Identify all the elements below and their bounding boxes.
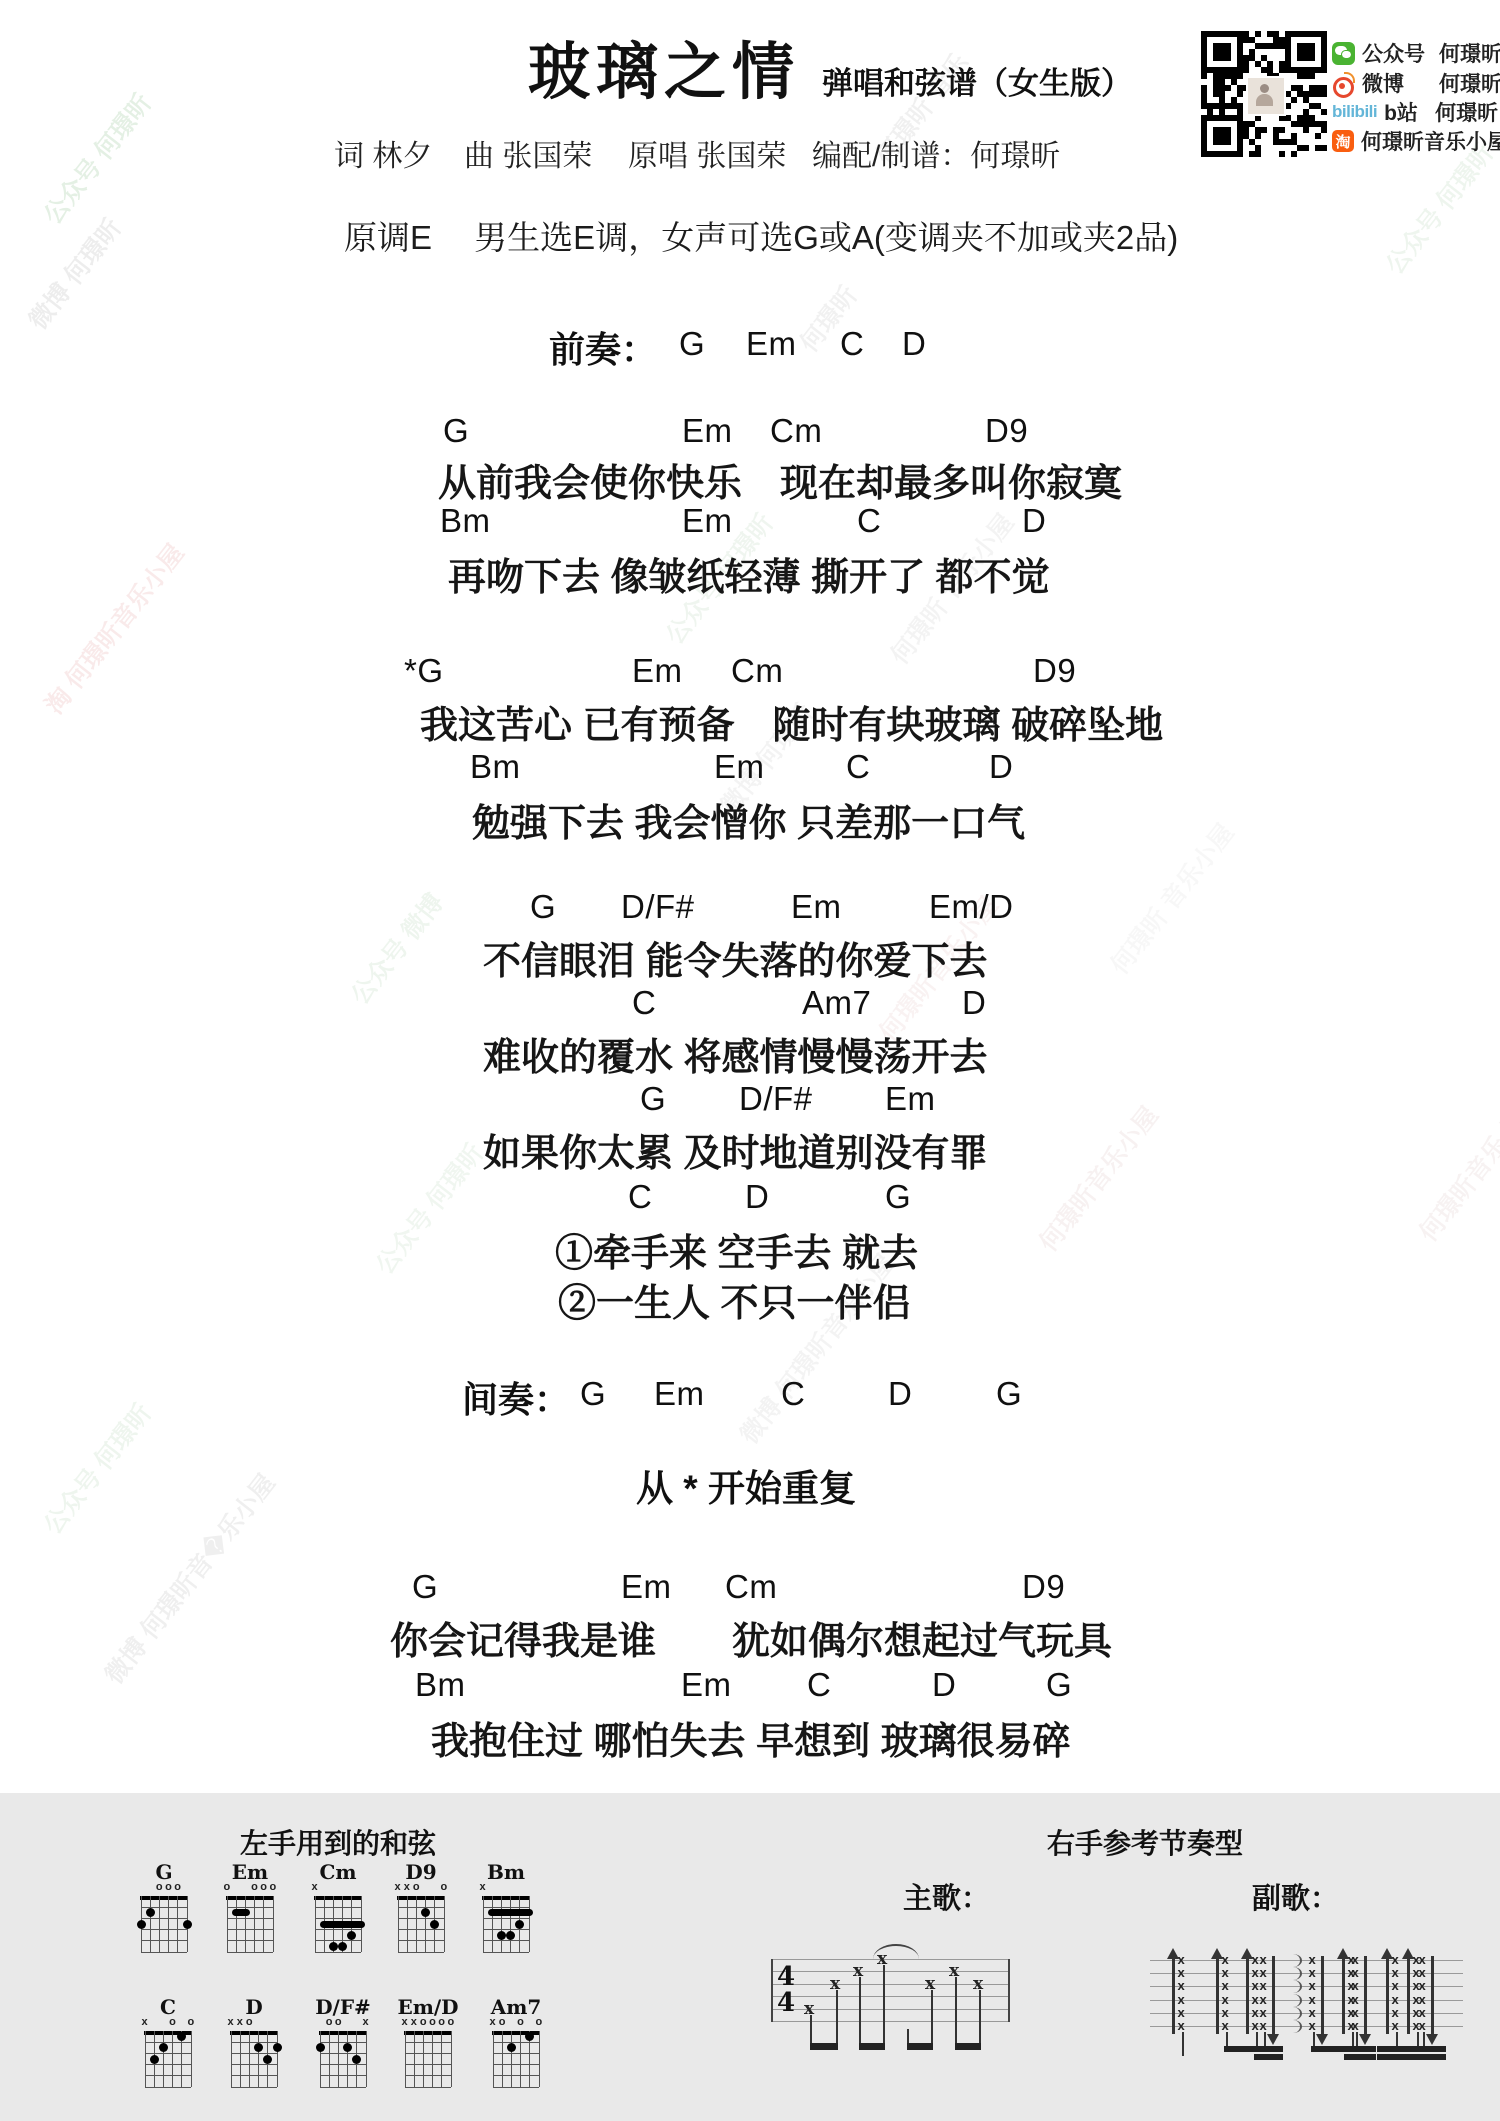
fret-line <box>141 1940 187 1941</box>
chord-symbol: C <box>840 325 864 363</box>
social-row-weibo: 微博 何璟昕 <box>1332 70 1500 96</box>
chord-symbol: Em <box>682 502 733 540</box>
nut <box>319 2031 367 2035</box>
note-stem <box>883 1965 885 2049</box>
section-label: 前奏： <box>549 322 657 373</box>
open-string-marker: o <box>448 2017 455 2027</box>
chord-diagram-name: D <box>214 1995 294 2019</box>
credit-composer: 曲 张国荣 <box>464 131 592 175</box>
down-strum-arrow <box>1364 1956 1367 2034</box>
chord-diagram-name: D/F# <box>303 1995 383 2019</box>
fret-line <box>398 1952 444 1953</box>
chord-symbol: D <box>745 1178 769 1216</box>
fret-line <box>493 2075 539 2076</box>
tie-arc <box>1293 1994 1302 2007</box>
open-string-marker: o <box>224 1882 231 1892</box>
string-line <box>338 2031 339 2087</box>
chord-diagram <box>141 1896 187 1952</box>
string-line <box>444 1896 445 1952</box>
chord-symbol: D9 <box>985 412 1028 450</box>
chord-diagram-name: Am7 <box>476 1995 556 2019</box>
chord-symbol: Am7 <box>802 984 871 1022</box>
wechat-icon <box>1332 42 1355 65</box>
nut <box>230 2031 278 2035</box>
chord-symbol: G <box>1046 1666 1072 1704</box>
chord-symbol: G <box>679 325 705 363</box>
chord-diagram <box>483 1896 529 1952</box>
nut <box>140 1896 188 1900</box>
fret-line <box>320 2087 366 2088</box>
muted-string-marker: x <box>228 2017 234 2027</box>
lyric-line: 从前我会使你快乐 现在却最多叫你寂寞 <box>438 452 1122 507</box>
open-string-marker: o <box>441 1882 448 1892</box>
strum-stem <box>1182 2032 1184 2056</box>
watermark-text: 何璟昕音乐小屋 <box>1029 1098 1165 1258</box>
tie-arc <box>873 1944 919 1959</box>
finger-dot <box>183 1920 192 1929</box>
muted-string-marker: x <box>142 2017 148 2027</box>
fret-line <box>405 2064 451 2065</box>
arrowhead-down <box>1359 2034 1371 2045</box>
lyric-line: 你会记得我是谁 犹如偶尔想起过气玩具 <box>390 1610 1112 1665</box>
fret-line <box>145 2042 191 2043</box>
up-strum-arrow <box>1407 1956 1410 2034</box>
open-string-marker: o <box>335 2017 342 2027</box>
string-line <box>277 2031 278 2087</box>
staff-line <box>771 1959 1008 1960</box>
open-string-marker: o <box>169 2017 176 2027</box>
chord-diagram-name: Cm <box>298 1860 378 1884</box>
string-line <box>172 2031 173 2087</box>
beam <box>1224 2046 1283 2052</box>
watermark-text: 公众号 微博 <box>341 885 451 1011</box>
fret-line <box>398 1929 444 1930</box>
chord-diagram <box>227 1896 273 1952</box>
fret-line <box>227 1952 273 1953</box>
chord-symbol: Cm <box>731 652 783 690</box>
chord-diagram <box>231 2031 277 2087</box>
lyric-line: 我抱住过 哪怕失去 早想到 玻璃很易碎 <box>431 1710 1071 1765</box>
finger-dot <box>343 2043 352 2052</box>
chord-symbol: G <box>640 1080 666 1118</box>
fret-line <box>320 2053 366 2054</box>
note-stem <box>979 1990 981 2049</box>
watermark-text: 公众号 何璟昕 <box>34 1395 159 1541</box>
open-string-marker: o <box>188 2017 195 2027</box>
muted-string-marker: x <box>402 2017 408 2027</box>
fret-line <box>493 2053 539 2054</box>
lyric-line: 如果你太累 及时地道别没有罪 <box>483 1122 988 1177</box>
beam <box>1377 2054 1446 2060</box>
open-string-marker: o <box>165 1882 172 1892</box>
chord-symbol: G <box>530 888 556 926</box>
fret-line <box>405 2087 451 2088</box>
social-platform: b站 <box>1384 97 1428 127</box>
chord-symbol: G <box>412 1568 438 1606</box>
note-stem <box>859 1977 861 2049</box>
note-stem <box>836 1990 838 2049</box>
watermark-text: 何璟昕音乐小屋 <box>1409 1088 1500 1248</box>
chord-diagram <box>145 2031 191 2087</box>
open-string-marker: o <box>413 1882 420 1892</box>
up-strum-arrow <box>1342 1956 1345 2034</box>
chord-symbol: Em <box>654 1375 705 1413</box>
chord-symbol: D <box>888 1375 912 1413</box>
chord-symbol: D <box>1022 502 1046 540</box>
time-signature-top: 4 <box>777 1964 795 1990</box>
social-account: 何璟昕 <box>1435 97 1498 127</box>
fret-line <box>483 1918 529 1919</box>
watermark-text: 淘 何璟昕音乐小屋 <box>36 535 192 720</box>
string-line <box>177 1896 178 1952</box>
finger-dot <box>497 1931 506 1940</box>
taobao-icon: 淘 <box>1332 130 1354 152</box>
fret-line <box>227 1929 273 1930</box>
lyric-line: ②一生人 不只一伴侣 <box>558 1272 911 1327</box>
lyric-line: ①牵手来 空手去 就去 <box>555 1222 918 1277</box>
chord-symbol: D <box>989 748 1013 786</box>
qr-avatar <box>1246 76 1286 116</box>
string-line <box>510 1896 511 1952</box>
chord-symbol: Em <box>682 412 733 450</box>
credit-arranger: 编配/制谱：何璟昕 <box>812 131 1060 175</box>
muted-string-marker: x <box>411 2017 417 2027</box>
chord-symbol: G <box>885 1178 911 1216</box>
social-row-taobao: 淘 何璟昕音乐小屋 <box>1332 128 1500 154</box>
fret-line <box>315 1918 361 1919</box>
string-line <box>231 2031 232 2087</box>
finger-dot <box>273 2043 282 2052</box>
open-string-marker: o <box>429 2017 436 2027</box>
string-line <box>511 2031 512 2087</box>
muted-string-marker: x <box>480 1882 486 1892</box>
chord-symbol: C <box>857 502 881 540</box>
chord-symbol: Em <box>714 748 765 786</box>
watermark-text: 公众号 何璟昕 <box>1376 135 1500 281</box>
chord-symbol: Em <box>681 1666 732 1704</box>
strum-x-mark: x <box>1419 2018 1426 2033</box>
page-title: 玻璃之情 <box>528 22 800 111</box>
string-line <box>145 2031 146 2087</box>
watermark-text: 何璟昕 音乐小屋 <box>1101 815 1241 981</box>
watermark-text: 公众号 何璟昕 <box>34 85 159 231</box>
finger-dot <box>329 1942 338 1951</box>
string-line <box>159 1896 160 1952</box>
string-line <box>398 1896 399 1952</box>
arrowhead-down <box>1426 2034 1438 2045</box>
finger-dot <box>347 1931 356 1940</box>
open-string-marker: o <box>536 2017 543 2027</box>
watermark-text: 公众号 何璟昕 <box>366 1135 491 1281</box>
chord-symbol: Cm <box>770 412 822 450</box>
open-string-marker: o <box>251 1882 258 1892</box>
chord-symbol: G <box>580 1375 606 1413</box>
fret-line <box>493 2064 539 2065</box>
beam <box>1344 2054 1376 2060</box>
tie-arc <box>1293 1980 1302 1993</box>
chord-diagram <box>315 1896 361 1952</box>
finger-dot <box>506 1931 515 1940</box>
tie-arc <box>1293 1967 1302 1980</box>
finger-dot <box>254 2043 263 2052</box>
beam <box>955 2043 981 2050</box>
chord-symbol: Em <box>791 888 842 926</box>
string-line <box>441 2031 442 2087</box>
social-account: 何璟昕 <box>1439 38 1500 68</box>
beam <box>1377 2046 1446 2052</box>
chord-diagram <box>405 2031 451 2087</box>
string-line <box>245 1896 246 1952</box>
page-subtitle: 弹唱和弦谱（女生版） <box>822 58 1132 103</box>
chord-symbol: C <box>846 748 870 786</box>
string-line <box>191 2031 192 2087</box>
finger-dot <box>515 1920 524 1929</box>
chord-symbol: Em <box>746 325 797 363</box>
fret-line <box>227 1940 273 1941</box>
chord-symbol: *G <box>404 652 444 690</box>
string-line <box>432 2031 433 2087</box>
lyric-line: 勉强下去 我会憎你 只差那一口气 <box>472 792 1025 847</box>
up-strum-arrow <box>1386 1956 1389 2034</box>
fret-line <box>320 2075 366 2076</box>
chord-symbol: C <box>781 1375 805 1413</box>
string-line <box>168 1896 169 1952</box>
chord-sheet-page: 公众号 何璟昕微博 何璟昕淘 何璟昕音乐小屋何璟昕 音乐何璟昕公众号 何璟昕何璟… <box>0 0 1500 2121</box>
social-platform: 公众号 <box>1362 38 1432 68</box>
barline <box>771 1959 773 2022</box>
finger-dot <box>338 1942 347 1951</box>
staff-line <box>771 1971 1008 1972</box>
nut <box>404 2031 452 2035</box>
social-platform: 微博 <box>1362 68 1432 98</box>
string-line <box>416 1896 417 1952</box>
social-account: 何璟昕音乐小屋 <box>1361 126 1500 156</box>
string-line <box>347 2031 348 2087</box>
fret-line <box>405 2075 451 2076</box>
string-line <box>240 2031 241 2087</box>
chord-symbol: Em/D <box>929 888 1014 926</box>
finger-dot <box>150 2055 159 2064</box>
open-string-marker: o <box>420 2017 427 2027</box>
strum-x-mark: x <box>1252 2018 1259 2033</box>
fret-line <box>231 2053 277 2054</box>
finger-dot <box>352 2055 361 2064</box>
finger-dot <box>146 1908 155 1917</box>
watermark-text: 微博 何璟昕音�乐小屋 <box>95 1465 282 1690</box>
string-line <box>273 1896 274 1952</box>
chord-symbol: G <box>443 412 469 450</box>
barline <box>1008 1959 1010 2022</box>
lyric-line: 再吻下去 像皱纸轻薄 撕开了 都不觉 <box>448 546 1050 601</box>
string-line <box>520 2031 521 2087</box>
string-line <box>423 2031 424 2087</box>
finger-dot <box>507 2043 516 2052</box>
string-line <box>483 1896 484 1952</box>
staff-line <box>771 1996 1008 1997</box>
string-line <box>249 2031 250 2087</box>
strum-x-mark: x <box>1260 2018 1267 2033</box>
string-line <box>405 2031 406 2087</box>
fret-line <box>141 1929 187 1930</box>
fret-line <box>231 2064 277 2065</box>
fret-line <box>405 2042 451 2043</box>
chord-diagram <box>320 2031 366 2087</box>
chord-symbol: D <box>962 984 986 1022</box>
muted-string-marker: x <box>404 1882 410 1892</box>
beam <box>1254 2054 1283 2060</box>
string-line <box>254 1896 255 1952</box>
fret-line <box>405 2053 451 2054</box>
chord-diagram-name: G <box>124 1860 204 1884</box>
down-strum-arrow <box>1321 1956 1324 2034</box>
verse-rhythm-label: 主歌： <box>903 1876 990 1917</box>
string-line <box>529 1896 530 1952</box>
chord-diagram-name: Bm <box>466 1860 546 1884</box>
finger-dot <box>137 1920 146 1929</box>
fret-line <box>483 1907 529 1908</box>
open-string-marker: o <box>326 2017 333 2027</box>
up-strum-arrow <box>1172 1956 1175 2034</box>
string-line <box>258 2031 259 2087</box>
string-line <box>315 1896 316 1952</box>
time-signature-bottom: 4 <box>777 1990 795 2016</box>
open-string-marker: o <box>270 1882 277 1892</box>
chord-diagram <box>398 1896 444 1952</box>
chord-symbol: C <box>628 1178 652 1216</box>
beam <box>907 2043 933 2050</box>
watermark-text: 微博 何璟昕 <box>19 210 129 336</box>
arrowhead-down <box>1316 2034 1328 2045</box>
fret-line <box>483 1940 529 1941</box>
finger-dot <box>430 1920 439 1929</box>
chord-diagram <box>493 2031 539 2087</box>
lyric-line: 不信眼泪 能令失落的你爱下去 <box>483 930 988 985</box>
fret-line <box>145 2087 191 2088</box>
lyric-line: 我这苦心 已有预备 随时有块玻璃 破碎坠地 <box>420 694 1163 749</box>
string-line <box>425 1896 426 1952</box>
chord-symbol: Bm <box>440 502 491 540</box>
nut <box>482 1896 530 1900</box>
chord-symbol: Cm <box>725 1568 777 1606</box>
beam <box>810 2043 838 2050</box>
muted-string-marker: x <box>312 1882 318 1892</box>
beam <box>859 2043 885 2050</box>
muted-string-marker: x <box>237 2017 243 2027</box>
string-line <box>236 1896 237 1952</box>
fret-line <box>141 1952 187 1953</box>
section-label: 间奏： <box>462 1372 570 1423</box>
qr-module <box>1321 151 1327 157</box>
qr-code <box>1201 31 1327 157</box>
chord-diagram-name: Em <box>210 1860 290 1884</box>
string-line <box>451 2031 452 2087</box>
fret-line <box>398 1918 444 1919</box>
note-stem <box>955 1977 957 2049</box>
finger-dot <box>263 2055 272 2064</box>
chord-symbol: Bm <box>415 1666 466 1704</box>
qr-row <box>1201 151 1327 157</box>
chord-symbol: D9 <box>1033 652 1076 690</box>
open-string-marker: o <box>499 2017 506 2027</box>
string-line <box>163 2031 164 2087</box>
fret-line <box>315 1940 361 1941</box>
string-line <box>492 1896 493 1952</box>
string-line <box>366 2031 367 2087</box>
string-line <box>227 1896 228 1952</box>
muted-string-marker: x <box>490 2017 496 2027</box>
strum-x-mark: x <box>1222 2018 1229 2033</box>
tie-arc <box>1293 2007 1302 2020</box>
fret-line <box>483 1952 529 1953</box>
bilibili-icon: bilibili <box>1332 102 1377 122</box>
chord-symbol: D <box>902 325 926 363</box>
string-line <box>539 2031 540 2087</box>
beam <box>1311 2046 1376 2052</box>
strum-x-mark: x <box>1178 2018 1185 2033</box>
lyric-line: 难收的覆水 将感情慢慢荡开去 <box>483 1026 988 1081</box>
tie-arc <box>1293 2020 1302 2033</box>
muted-string-marker: x <box>363 2017 369 2027</box>
string-line <box>407 1896 408 1952</box>
nut <box>226 1896 274 1900</box>
footer-panel: 左手用到的和弦 右手参考节奏型 主歌： 副歌： GoooEmooooCmxD9x… <box>0 1793 1500 2121</box>
string-line <box>502 2031 503 2087</box>
fret-line <box>398 1940 444 1941</box>
fret-line <box>145 2064 191 2065</box>
string-line <box>263 1896 264 1952</box>
tie-arc <box>1293 1954 1302 1967</box>
barre <box>488 1909 534 1916</box>
chord-symbol: Em <box>632 652 683 690</box>
chorus-rhythm-staff: xxxxxxxxxxxxxxxxxxxxxxxxxxxxxxxxxxxxxxxx… <box>1150 1960 1470 2080</box>
fret-line <box>493 2042 539 2043</box>
chord-diagram-name: C <box>128 1995 208 2019</box>
chord-symbol: Em <box>885 1080 936 1118</box>
fret-line <box>483 1929 529 1930</box>
key-note: 原调E 男生选E调，女声可选G或A(变调夹不加或夹2品) <box>344 212 1178 259</box>
finger-dot <box>421 1908 430 1917</box>
strum-x-mark: x <box>1309 2018 1316 2033</box>
repeat-instruction: 从 * 开始重复 <box>636 1458 856 1512</box>
fret-line <box>398 1907 444 1908</box>
fret-line <box>231 2087 277 2088</box>
fret-line <box>231 2075 277 2076</box>
barre <box>320 1921 366 1928</box>
chorus-rhythm-label: 副歌： <box>1252 1876 1339 1917</box>
down-strum-arrow <box>1431 1956 1434 2034</box>
fret-line <box>315 1952 361 1953</box>
string-line <box>329 2031 330 2087</box>
chord-diagram-name: D9 <box>381 1860 461 1884</box>
muted-string-marker: x <box>395 1882 401 1892</box>
open-string-marker: o <box>156 1882 163 1892</box>
finger-dot <box>316 2043 325 2052</box>
chord-diagram-name: Em/D <box>388 1995 468 2019</box>
nut <box>397 1896 445 1900</box>
nut <box>314 1896 362 1900</box>
barre <box>232 1909 250 1916</box>
arrowhead-down <box>1267 2034 1279 2045</box>
note-stem <box>931 1990 933 2049</box>
fret-line <box>315 1907 361 1908</box>
chord-symbol: D/F# <box>621 888 695 926</box>
chord-symbol: D <box>932 1666 956 1704</box>
left-hand-chords-title: 左手用到的和弦 <box>240 1822 436 1862</box>
open-string-marker: o <box>174 1882 181 1892</box>
fret-line <box>231 2042 277 2043</box>
string-line <box>150 1896 151 1952</box>
credit-lyricist: 词 林夕 <box>334 131 432 175</box>
